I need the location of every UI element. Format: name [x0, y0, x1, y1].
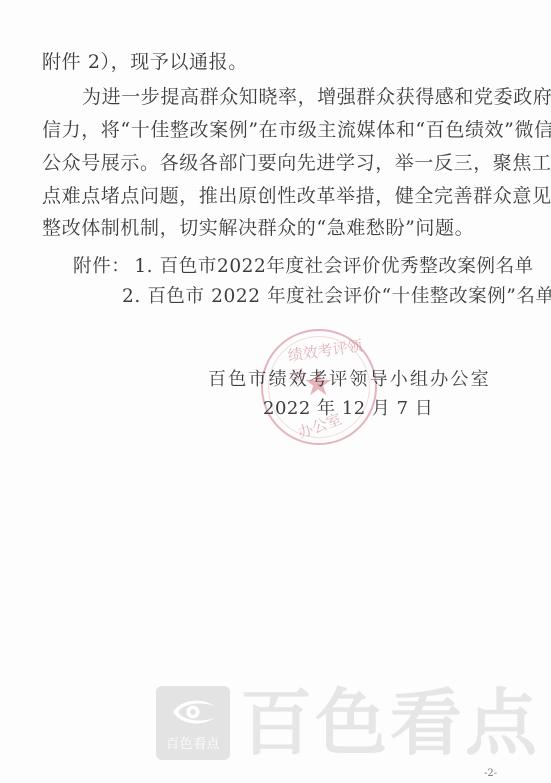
- logo-caption: 百色看点: [156, 733, 230, 752]
- signature-date: 2022 年 12 月 7 日: [263, 397, 433, 421]
- page-number: -2-: [484, 768, 497, 779]
- watermark-logo: 百色看点: [156, 686, 230, 760]
- attachment-label: 附件：: [73, 256, 130, 277]
- body-text-line: 整改体制机制，切实解决群众的“急难愁盼”问题。: [42, 216, 498, 240]
- body-text-line: 公众号展示。各级各部门要向先进学习，举一反三，聚焦工作痛: [42, 151, 498, 175]
- body-text-line: 点难点堵点问题，推出原创性改革举措，健全完善群众意见建议: [42, 184, 498, 208]
- body-text-line: 信力，将“十佳整改案例”在市级主流媒体和“百色绩效”微信: [42, 118, 498, 142]
- body-text-line: 附件 2），现予以通报。: [42, 50, 498, 74]
- attachment-item-2: 2. 百色市 2022 年度社会评价“十佳整改案例”名单: [122, 285, 551, 309]
- document-page: 附件 2），现予以通报。 为进一步提高群众知晓率，增强群众获得感和党委政府的公 …: [0, 0, 551, 783]
- signature-organization: 百色市绩效考评领导小组办公室: [208, 368, 491, 392]
- attachment-title: 2. 百色市 2022 年度社会评价“十佳整改案例”名单: [122, 286, 551, 307]
- attachment-item-1: 附件：1. 百色市2022年度社会评价优秀整改案例名单: [73, 255, 534, 279]
- watermark-text: 百色看点: [240, 678, 540, 768]
- attachment-title: 1. 百色市2022年度社会评价优秀整改案例名单: [134, 256, 534, 277]
- body-text-line: 为进一步提高群众知晓率，增强群众获得感和党委政府的公: [82, 85, 498, 109]
- eye-logo-icon: [170, 696, 216, 728]
